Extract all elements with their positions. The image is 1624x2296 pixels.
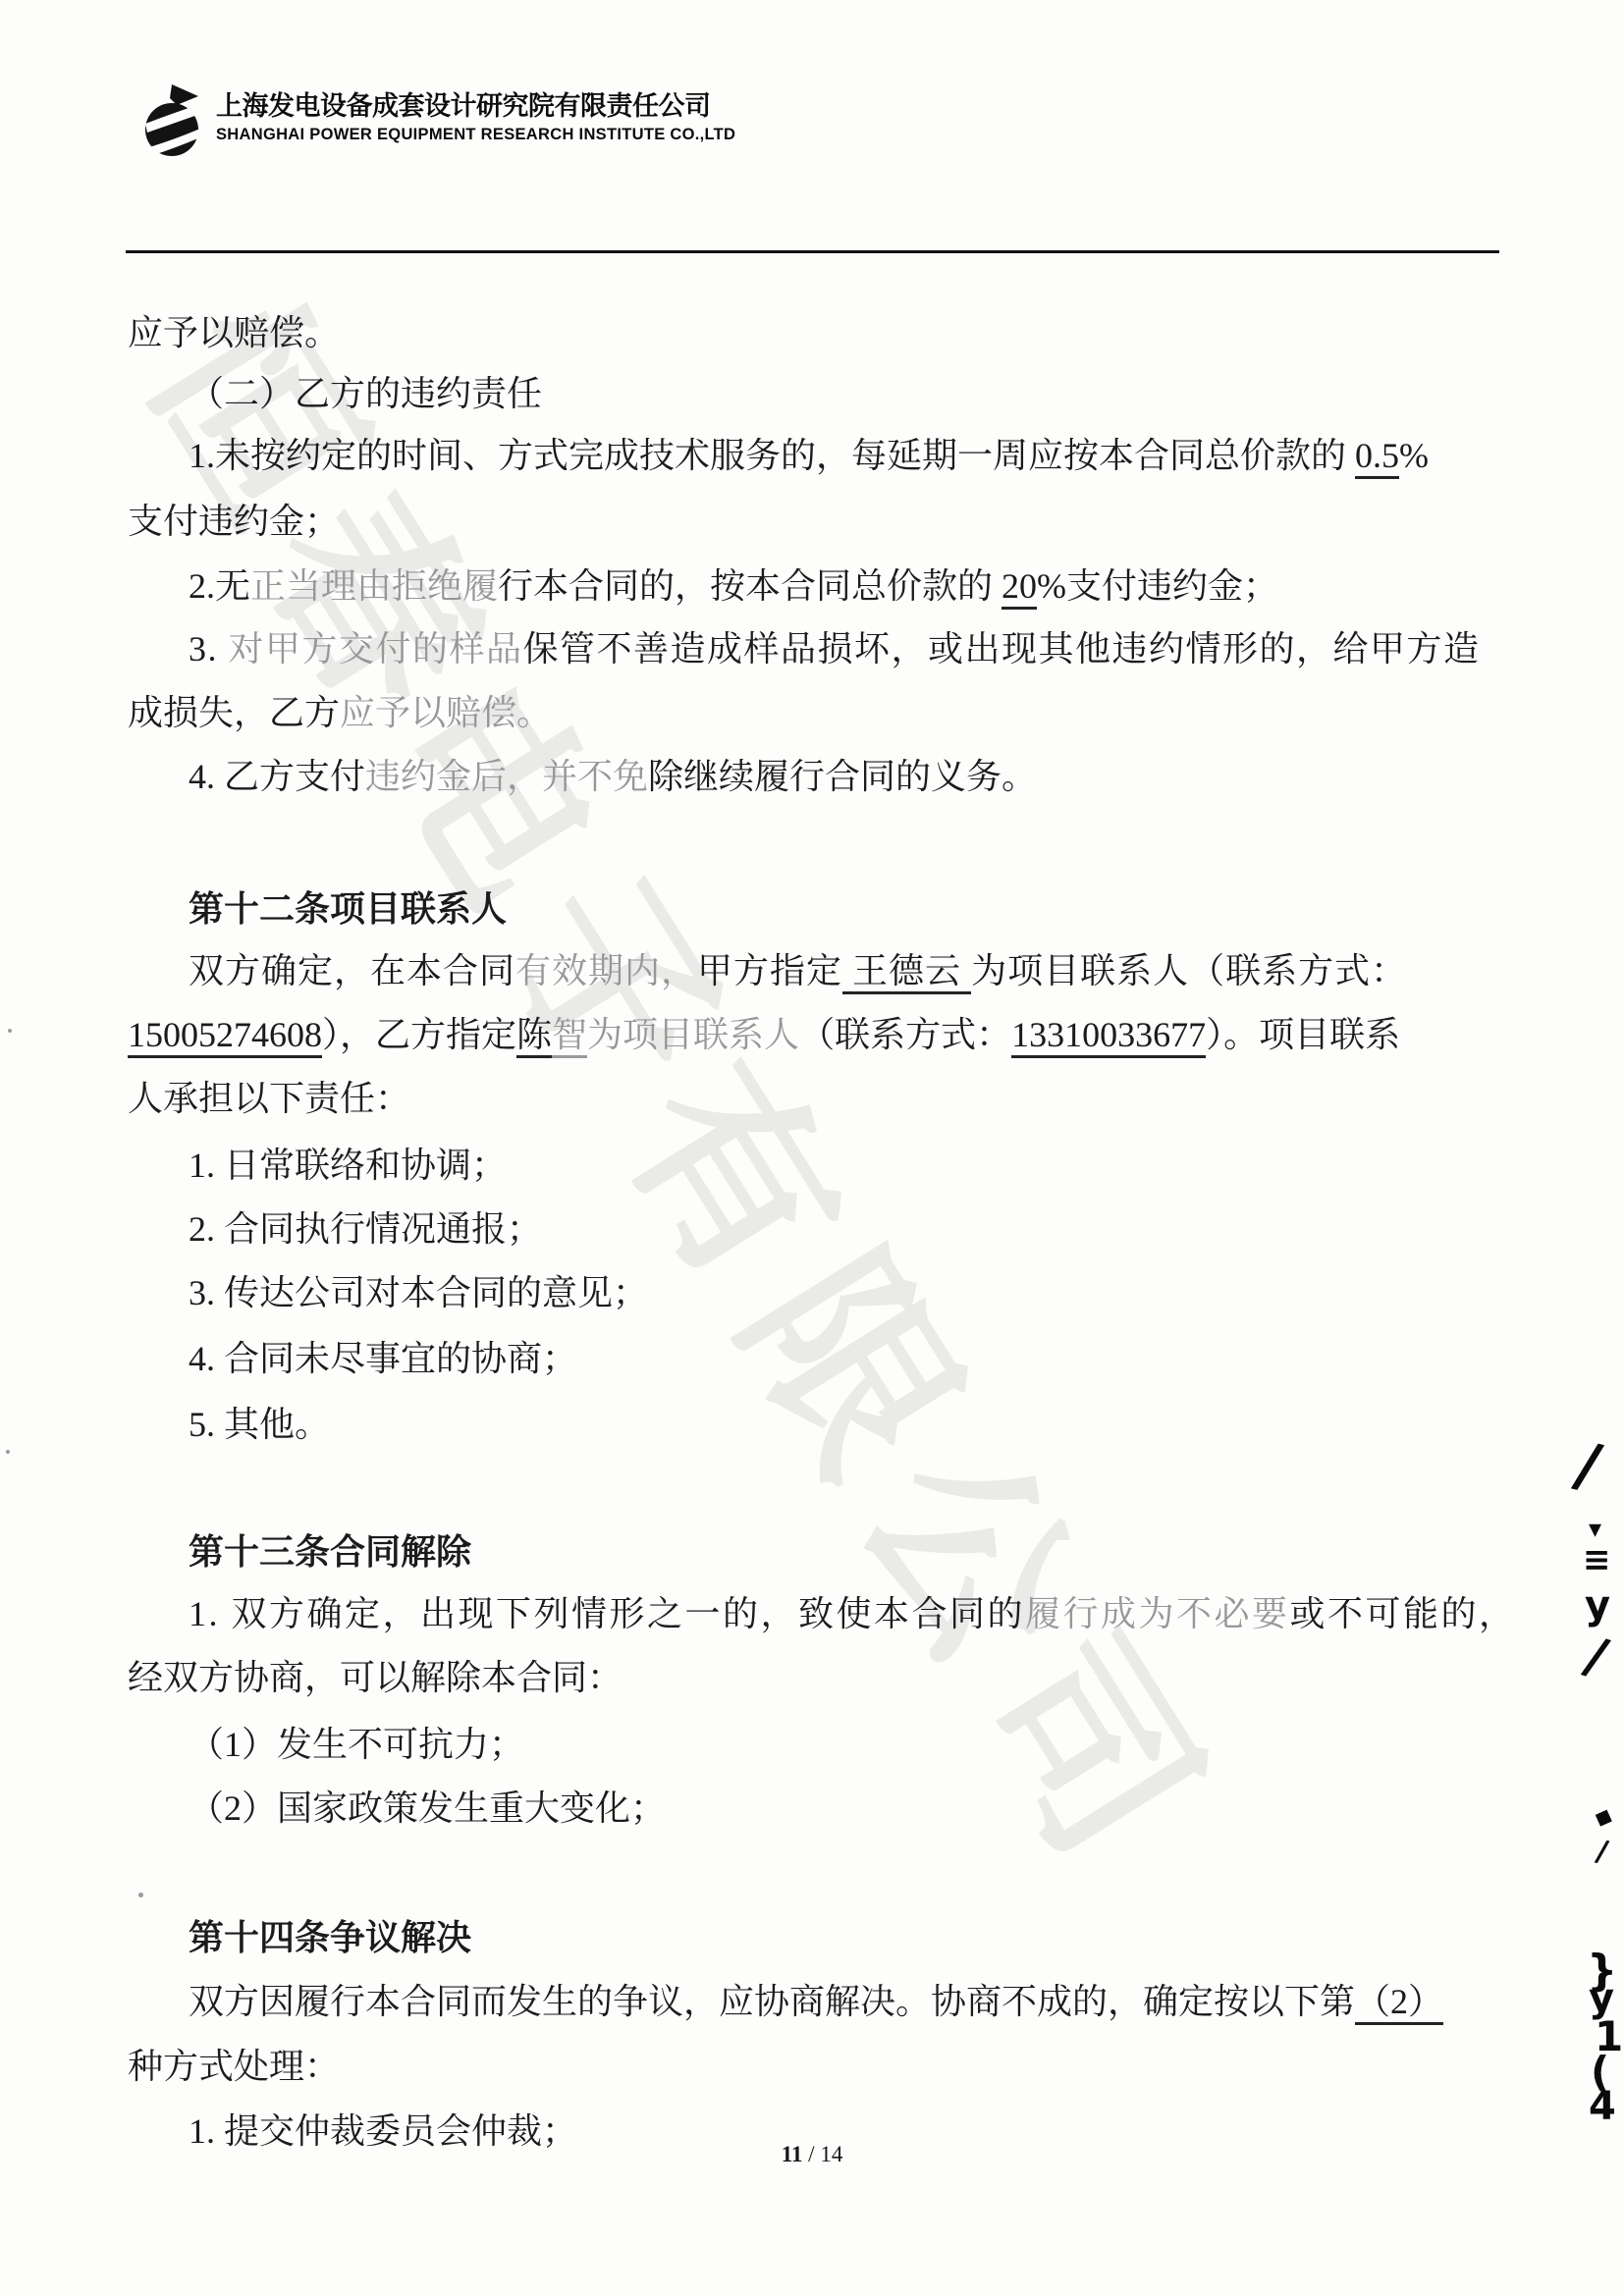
scan-speck [8, 1029, 12, 1033]
scan-artifact: ▪ [1590, 1802, 1616, 1833]
text: 双方确定，在本合同 [189, 951, 515, 990]
scan-artifact: ≡ [1583, 1543, 1611, 1576]
scan-speck [6, 1450, 10, 1454]
scan-artifact: / [1594, 1837, 1610, 1868]
text: 1. 双方确定，出现下列情形之一的，致使本合同的 [189, 1594, 1025, 1633]
duty-item-4: 4. 合同未尽事宜的协商； [189, 1336, 577, 1381]
termination-item-2: （2）国家政策发生重大变化； [189, 1786, 666, 1831]
article-12-body-line-2: 15005274608），乙方指定陈智为项目联系人（联系方式：133100336… [128, 1012, 1400, 1057]
text: （联系方式： [799, 1015, 1011, 1054]
scan-artifact: 4 [1589, 2087, 1616, 2126]
article-13-body-line-1: 1. 双方确定，出现下列情形之一的，致使本合同的履行成为不必要或不可能的， [189, 1591, 1517, 1636]
page-current: 11 [782, 2142, 803, 2166]
text: 为项目联系人 [587, 1015, 799, 1054]
text: 为项目联系人（联系方式： [971, 951, 1407, 990]
text: 甲方指定 [697, 951, 842, 990]
party-a-contact-name: 王德云 [842, 951, 971, 994]
text: ）。项目联系 [1206, 1015, 1400, 1054]
party-b-contact-name-2: 智 [552, 1015, 587, 1058]
text: 1.未按约定的时间、方式完成技术服务的，每延期一周应按本合同总价款的 [189, 436, 1355, 475]
termination-item-1: （1）发生不可抗力； [189, 1722, 524, 1767]
clause-b-1: 1.未按约定的时间、方式完成技术服务的，每延期一周应按本合同总价款的 0.5% [189, 433, 1429, 478]
text: 或不可能的， [1290, 1594, 1517, 1633]
text: ），乙方指定 [322, 1015, 516, 1054]
text: 除继续履行合同的义务。 [648, 757, 1037, 796]
company-name-block: 上海发电设备成套设计研究院有限责任公司 SHANGHAI POWER EQUIP… [216, 80, 735, 144]
company-name-en: SHANGHAI POWER EQUIPMENT RESEARCH INSTIT… [216, 126, 735, 144]
page-separator: / [802, 2142, 820, 2166]
text: 正当理由拒绝履 [250, 566, 498, 606]
scan-artifact: ▾ [1589, 1517, 1601, 1542]
scan-artifact: / [1570, 1433, 1606, 1498]
text: 违约金后，并不免 [365, 757, 648, 796]
section-heading-article-13: 第十三条合同解除 [189, 1529, 471, 1575]
clause-b-1-tail: 支付违约金； [128, 499, 340, 544]
article-14-body-line-2: 种方式处理： [128, 2044, 340, 2089]
text: %支付违约金； [1037, 566, 1278, 606]
clause-b-3: 3. 对甲方交付的样品保管不善造成样品损坏，或出现其他违约情形的，给甲方造 [189, 626, 1481, 671]
text: 4. 乙方支付 [189, 757, 365, 796]
company-name-cn: 上海发电设备成套设计研究院有限责任公司 [216, 84, 735, 123]
text: 行本合同的，按本合同总价款的 [498, 566, 1001, 606]
section-heading-article-14: 第十四条争议解决 [189, 1915, 471, 1960]
refusal-penalty-rate: 20 [1001, 566, 1037, 610]
subheading-party-b-liability: （二）乙方的违约责任 [189, 371, 542, 416]
company-logo-icon [143, 80, 204, 165]
duty-item-2: 2. 合同执行情况通报； [189, 1206, 542, 1252]
section-heading-article-12: 第十二条项目联系人 [189, 886, 507, 932]
scan-artifact: / [1579, 1629, 1612, 1683]
article-13-body-line-2: 经双方协商，可以解除本合同： [128, 1655, 623, 1700]
duty-item-5: 5. 其他。 [189, 1402, 330, 1447]
clause-b-4: 4. 乙方支付违约金后，并不免除继续履行合同的义务。 [189, 754, 1037, 799]
header-divider [126, 250, 1499, 253]
clause-b-2: 2.无正当理由拒绝履行本合同的，按本合同总价款的 20%支付违约金； [189, 563, 1278, 609]
text: 履行成为不必要 [1025, 1594, 1290, 1633]
duty-item-1: 1. 日常联络和协调； [189, 1143, 507, 1188]
duty-item-3: 3. 传达公司对本合同的意见； [189, 1270, 648, 1315]
party-b-contact-phone: 13310033677 [1011, 1015, 1206, 1058]
page-number: 11 / 14 [0, 2142, 1624, 2167]
article-12-body-line-1: 双方确定，在本合同有效期内，甲方指定 王德云 为项目联系人（联系方式： [189, 948, 1407, 993]
article-12-body-line-3: 人承担以下责任： [128, 1076, 410, 1121]
text: 有效期内， [515, 951, 697, 990]
text: 保管不善造成样品损坏，或出现其他违约情形的，给甲方造 [523, 629, 1481, 668]
party-b-contact-name: 陈 [516, 1015, 552, 1058]
party-a-contact-phone: 15005274608 [128, 1015, 322, 1058]
article-14-body-line-1: 双方因履行本合同而发生的争议，应协商解决。协商不成的，确定按以下第（2） [189, 1979, 1443, 2024]
text: 2.无 [189, 566, 250, 606]
text: % [1399, 436, 1429, 475]
page-total: 14 [820, 2142, 842, 2166]
scan-artifact: y [1585, 1586, 1610, 1626]
paragraph-compensation-tail: 应予以赔偿。 [128, 310, 340, 355]
letterhead: 上海发电设备成套设计研究院有限责任公司 SHANGHAI POWER EQUIP… [143, 80, 735, 165]
weekly-penalty-rate: 0.5 [1355, 436, 1399, 479]
clause-b-3-tail: 成损失，乙方应予以赔偿。 [128, 690, 552, 735]
contract-page: 恒春电子有限公司 上海发电设备成套设计研究院有限责任公司 SHANGHAI PO… [0, 0, 1624, 2296]
text: 3. [189, 629, 229, 668]
text: 成损失，乙方 [128, 693, 340, 732]
text: 应予以赔偿。 [340, 693, 552, 732]
text: 对甲方交付的样品 [229, 629, 523, 668]
scan-speck [138, 1893, 143, 1897]
dispute-option: （2） [1355, 1982, 1443, 2025]
text: 双方因履行本合同而发生的争议，应协商解决。协商不成的，确定按以下第 [189, 1982, 1355, 2021]
